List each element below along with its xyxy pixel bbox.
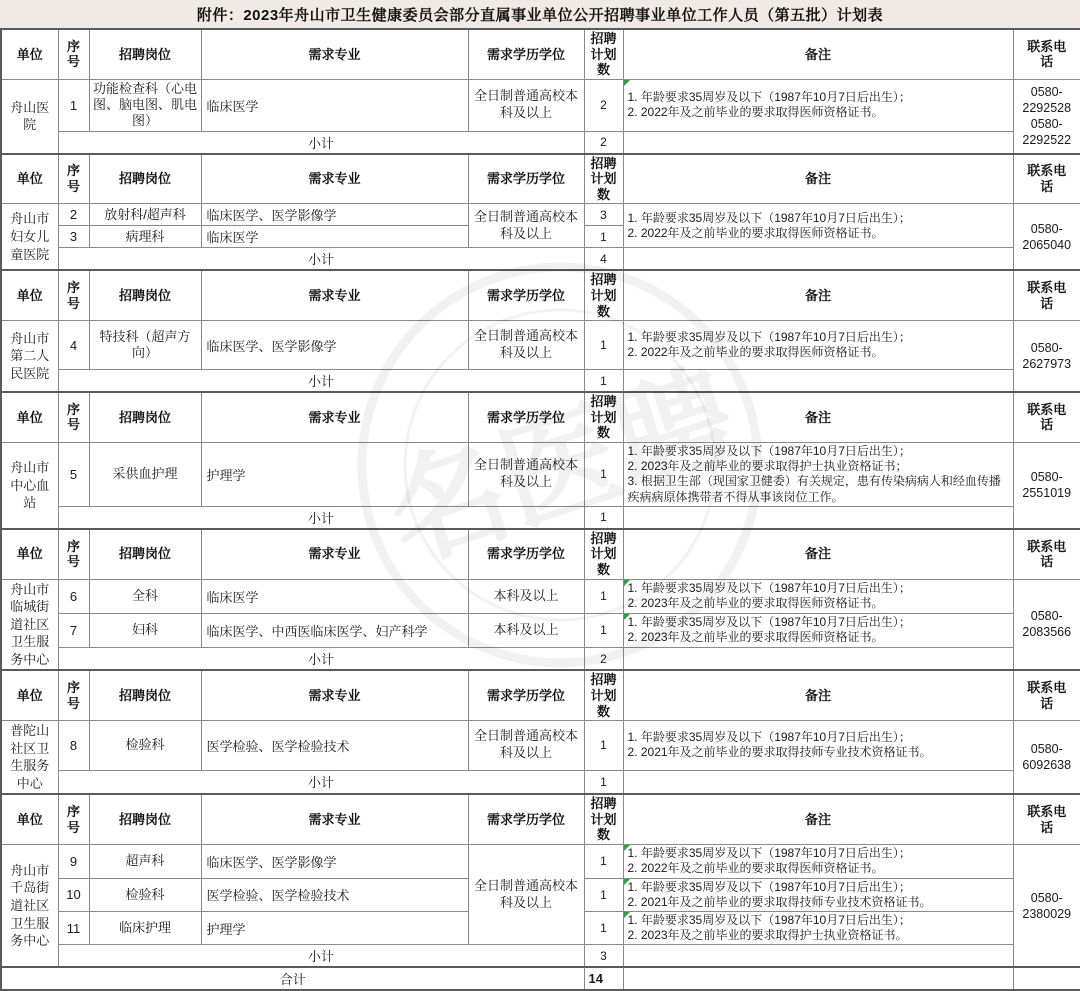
count-cell: 1 [584, 878, 623, 911]
unit-cell: 舟山市中心血站 [1, 442, 58, 528]
grand-total-row: 合计 14 [1, 967, 1080, 990]
table-row: 普陀山社区卫生服务中心 8 检验科 医学检验、医学检验技术 全日制普通高校本科及… [1, 721, 1080, 770]
subtotal-count: 1 [584, 770, 623, 794]
remark-cell: 1. 年龄要求35周岁及以下（1987年10月7日后出生）； 2. 2021年及… [623, 878, 1013, 911]
position-cell: 超声科 [89, 845, 201, 878]
col-header-degree: 需求学历学位 [468, 29, 584, 79]
col-header-position: 招聘岗位 [89, 270, 201, 320]
col-header-degree: 需求学历学位 [468, 529, 584, 579]
table-row: 舟山市临城街道社区卫生服务中心 6 全科 临床医学 本科及以上 1 1. 年龄要… [1, 579, 1080, 613]
col-header-no: 序 号 [58, 794, 89, 844]
position-cell: 妇科 [89, 613, 201, 647]
remark-cell: 1. 年龄要求35周岁及以下（1987年10月7日后出生）； 2. 2022年及… [623, 204, 1013, 248]
col-header-major: 需求专业 [201, 392, 468, 442]
col-header-remark: 备注 [623, 670, 1013, 720]
col-header-major: 需求专业 [201, 29, 468, 79]
col-header-count: 招聘 计划 数 [584, 29, 623, 79]
section-header-row: 单位 序 号 招聘岗位 需求专业 需求学历学位 招聘 计划 数 备注 联系电 话 [1, 794, 1080, 844]
remark-cell-empty [623, 370, 1013, 393]
col-header-major: 需求专业 [201, 670, 468, 720]
remark-cell-empty [623, 647, 1013, 670]
col-header-unit: 单位 [1, 270, 58, 320]
document-page: 附件：2023年舟山市卫生健康委员会部分直属事业单位公开招聘事业单位工作人员（第… [0, 0, 1080, 991]
section-header-row: 单位 序 号 招聘岗位 需求专业 需求学历学位 招聘 计划 数 备注 联系电 话 [1, 670, 1080, 720]
subtotal-label: 小计 [58, 370, 584, 393]
grand-total-label: 合计 [1, 967, 584, 990]
unit-cell: 舟山市第二人民医院 [1, 321, 58, 393]
remark-cell: 1. 年龄要求35周岁及以下（1987年10月7日后出生）； 2. 2022年及… [623, 79, 1013, 131]
col-header-no: 序 号 [58, 29, 89, 79]
degree-cell: 全日制普通高校本科及以上 [468, 442, 584, 506]
col-header-unit: 单位 [1, 794, 58, 844]
col-header-degree: 需求学历学位 [468, 794, 584, 844]
count-cell: 1 [584, 721, 623, 770]
col-header-phone: 联系电 话 [1013, 270, 1080, 320]
subtotal-row: 小计 1 [1, 506, 1080, 529]
count-cell: 1 [584, 845, 623, 878]
subtotal-row: 小计 4 [1, 248, 1080, 271]
count-cell: 1 [584, 226, 623, 248]
seq-cell: 10 [58, 878, 89, 911]
unit-cell: 舟山市千岛街道社区卫生服务中心 [1, 845, 58, 968]
col-header-phone: 联系电 话 [1013, 392, 1080, 442]
col-header-no: 序 号 [58, 270, 89, 320]
count-cell: 1 [584, 613, 623, 647]
phone-cell: 0580-2065040 [1013, 204, 1080, 271]
major-cell: 医学检验、医学检验技术 [201, 878, 468, 911]
col-header-degree: 需求学历学位 [468, 670, 584, 720]
position-cell: 检验科 [89, 878, 201, 911]
col-header-count: 招聘 计划 数 [584, 794, 623, 844]
remark-cell: 1. 年龄要求35周岁及以下（1987年10月7日后出生）； 2. 2023年及… [623, 442, 1013, 506]
remark-cell: 1. 年龄要求35周岁及以下（1987年10月7日后出生）； 2. 2023年及… [623, 912, 1013, 945]
col-header-remark: 备注 [623, 270, 1013, 320]
col-header-count: 招聘 计划 数 [584, 270, 623, 320]
col-header-no: 序 号 [58, 392, 89, 442]
remark-text: 1. 年龄要求35周岁及以下（1987年10月7日后出生）； 2. 2023年及… [628, 913, 911, 942]
col-header-major: 需求专业 [201, 794, 468, 844]
table-row: 7 妇科 临床医学、中西医临床医学、妇产科学 本科及以上 1 1. 年龄要求35… [1, 613, 1080, 647]
col-header-count: 招聘 计划 数 [584, 154, 623, 204]
subtotal-count: 3 [584, 945, 623, 968]
subtotal-label: 小计 [58, 506, 584, 529]
col-header-position: 招聘岗位 [89, 154, 201, 204]
remark-text: 1. 年龄要求35周岁及以下（1987年10月7日后出生）； 2. 2021年及… [628, 880, 932, 909]
seq-cell: 4 [58, 321, 89, 370]
seq-cell: 9 [58, 845, 89, 878]
seq-cell: 5 [58, 442, 89, 506]
remark-cell: 1. 年龄要求35周岁及以下（1987年10月7日后出生）； 2. 2022年及… [623, 845, 1013, 878]
excel-marker-icon [624, 845, 630, 851]
remark-cell-empty [623, 967, 1013, 990]
seq-cell: 2 [58, 204, 89, 226]
excel-marker-icon [624, 912, 630, 918]
position-cell: 全科 [89, 579, 201, 613]
phone-cell: 0580-6092638 [1013, 721, 1080, 795]
degree-cell: 本科及以上 [468, 613, 584, 647]
position-cell: 检验科 [89, 721, 201, 770]
count-cell: 1 [584, 912, 623, 945]
major-cell: 临床医学、中西医临床医学、妇产科学 [201, 613, 468, 647]
page-title: 附件：2023年舟山市卫生健康委员会部分直属事业单位公开招聘事业单位工作人员（第… [0, 0, 1080, 28]
subtotal-count: 2 [584, 647, 623, 670]
remark-cell: 1. 年龄要求35周岁及以下（1987年10月7日后出生）； 2. 2021年及… [623, 721, 1013, 770]
subtotal-row: 小计 1 [1, 370, 1080, 393]
section-header-row: 单位 序 号 招聘岗位 需求专业 需求学历学位 招聘 计划 数 备注 联系电 话 [1, 270, 1080, 320]
col-header-major: 需求专业 [201, 270, 468, 320]
seq-cell: 1 [58, 79, 89, 131]
degree-cell: 全日制普通高校本科及以上 [468, 79, 584, 131]
unit-cell: 舟山医院 [1, 79, 58, 153]
seq-cell: 7 [58, 613, 89, 647]
col-header-phone: 联系电 话 [1013, 154, 1080, 204]
col-header-position: 招聘岗位 [89, 794, 201, 844]
col-header-remark: 备注 [623, 794, 1013, 844]
subtotal-row: 小计 2 [1, 131, 1080, 154]
subtotal-count: 4 [584, 248, 623, 271]
unit-cell: 舟山市妇女儿童医院 [1, 204, 58, 271]
subtotal-label: 小计 [58, 647, 584, 670]
degree-cell: 全日制普通高校本科及以上 [468, 845, 584, 945]
col-header-position: 招聘岗位 [89, 392, 201, 442]
col-header-unit: 单位 [1, 392, 58, 442]
subtotal-count: 2 [584, 131, 623, 154]
position-cell: 临床护理 [89, 912, 201, 945]
phone-cell-empty [1013, 967, 1080, 990]
major-cell: 临床医学 [201, 79, 468, 131]
subtotal-row: 小计 2 [1, 647, 1080, 670]
position-cell: 功能检查科（心电图、脑电图、肌电图） [89, 79, 201, 131]
phone-cell: 0580-2627973 [1013, 321, 1080, 393]
phone-cell: 0580-2380029 [1013, 845, 1080, 968]
major-cell: 临床医学 [201, 579, 468, 613]
position-cell: 放射科/超声科 [89, 204, 201, 226]
table-row: 舟山市千岛街道社区卫生服务中心 9 超声科 临床医学、医学影像学 全日制普通高校… [1, 845, 1080, 878]
major-cell: 临床医学、医学影像学 [201, 204, 468, 226]
major-cell: 临床医学、医学影像学 [201, 845, 468, 878]
position-cell: 采供血护理 [89, 442, 201, 506]
subtotal-label: 小计 [58, 248, 584, 271]
remark-cell-empty [623, 506, 1013, 529]
phone-cell: 0580-2551019 [1013, 442, 1080, 528]
subtotal-row: 小计 3 [1, 945, 1080, 968]
remark-cell-empty [623, 248, 1013, 271]
major-cell: 护理学 [201, 442, 468, 506]
col-header-no: 序 号 [58, 670, 89, 720]
subtotal-count: 1 [584, 370, 623, 393]
remark-cell-empty [623, 770, 1013, 794]
col-header-phone: 联系电 话 [1013, 529, 1080, 579]
table-row: 舟山医院 1 功能检查科（心电图、脑电图、肌电图） 临床医学 全日制普通高校本科… [1, 79, 1080, 131]
major-cell: 护理学 [201, 912, 468, 945]
col-header-no: 序 号 [58, 154, 89, 204]
remark-text: 1. 年龄要求35周岁及以下（1987年10月7日后出生）； 2. 2023年及… [628, 615, 911, 644]
phone-cell: 0580-2083566 [1013, 579, 1080, 670]
remark-text: 1. 年龄要求35周岁及以下（1987年10月7日后出生）； 2. 2022年及… [628, 90, 911, 119]
subtotal-label: 小计 [58, 945, 584, 968]
seq-cell: 6 [58, 579, 89, 613]
excel-marker-icon [624, 80, 630, 86]
col-header-remark: 备注 [623, 392, 1013, 442]
subtotal-count: 1 [584, 506, 623, 529]
major-cell: 临床医学、医学影像学 [201, 321, 468, 370]
count-cell: 1 [584, 579, 623, 613]
remark-cell: 1. 年龄要求35周岁及以下（1987年10月7日后出生）； 2. 2022年及… [623, 321, 1013, 370]
col-header-phone: 联系电 话 [1013, 670, 1080, 720]
degree-cell: 全日制普通高校本科及以上 [468, 721, 584, 770]
seq-cell: 3 [58, 226, 89, 248]
grand-total-count: 14 [584, 967, 623, 990]
unit-cell: 舟山市临城街道社区卫生服务中心 [1, 579, 58, 670]
count-cell: 1 [584, 321, 623, 370]
col-header-major: 需求专业 [201, 529, 468, 579]
col-header-count: 招聘 计划 数 [584, 392, 623, 442]
table-row: 舟山市妇女儿童医院 2 放射科/超声科 临床医学、医学影像学 全日制普通高校本科… [1, 204, 1080, 226]
remark-text: 1. 年龄要求35周岁及以下（1987年10月7日后出生）； 2. 2022年及… [628, 846, 911, 875]
col-header-remark: 备注 [623, 29, 1013, 79]
remark-cell: 1. 年龄要求35周岁及以下（1987年10月7日后出生）； 2. 2023年及… [623, 613, 1013, 647]
excel-marker-icon [624, 614, 630, 620]
unit-cell: 普陀山社区卫生服务中心 [1, 721, 58, 795]
col-header-unit: 单位 [1, 670, 58, 720]
col-header-phone: 联系电 话 [1013, 29, 1080, 79]
col-header-degree: 需求学历学位 [468, 154, 584, 204]
col-header-unit: 单位 [1, 529, 58, 579]
subtotal-label: 小计 [58, 770, 584, 794]
col-header-count: 招聘 计划 数 [584, 529, 623, 579]
major-cell: 临床医学 [201, 226, 468, 248]
remark-cell-empty [623, 131, 1013, 154]
col-header-position: 招聘岗位 [89, 670, 201, 720]
excel-marker-icon [624, 580, 630, 586]
excel-marker-icon [624, 879, 630, 885]
section-header-row: 单位 序 号 招聘岗位 需求专业 需求学历学位 招聘 计划 数 备注 联系电 话 [1, 154, 1080, 204]
section-header-row: 单位 序 号 招聘岗位 需求专业 需求学历学位 招聘 计划 数 备注 联系电 话 [1, 392, 1080, 442]
col-header-major: 需求专业 [201, 154, 468, 204]
recruitment-plan-table: 单位 序 号 招聘岗位 需求专业 需求学历学位 招聘 计划 数 备注 联系电 话… [0, 28, 1080, 991]
section-header-row: 单位 序 号 招聘岗位 需求专业 需求学历学位 招聘 计划 数 备注 联系电 话 [1, 529, 1080, 579]
count-cell: 2 [584, 79, 623, 131]
major-cell: 医学检验、医学检验技术 [201, 721, 468, 770]
position-cell: 特技科（超声方向） [89, 321, 201, 370]
subtotal-row: 小计 1 [1, 770, 1080, 794]
seq-cell: 11 [58, 912, 89, 945]
degree-cell: 本科及以上 [468, 579, 584, 613]
count-cell: 1 [584, 442, 623, 506]
col-header-remark: 备注 [623, 529, 1013, 579]
col-header-position: 招聘岗位 [89, 29, 201, 79]
col-header-count: 招聘 计划 数 [584, 670, 623, 720]
position-cell: 病理科 [89, 226, 201, 248]
col-header-remark: 备注 [623, 154, 1013, 204]
count-cell: 3 [584, 204, 623, 226]
col-header-unit: 单位 [1, 29, 58, 79]
col-header-degree: 需求学历学位 [468, 392, 584, 442]
degree-cell: 全日制普通高校本科及以上 [468, 321, 584, 370]
remark-cell: 1. 年龄要求35周岁及以下（1987年10月7日后出生）； 2. 2023年及… [623, 579, 1013, 613]
col-header-position: 招聘岗位 [89, 529, 201, 579]
remark-text: 1. 年龄要求35周岁及以下（1987年10月7日后出生）； 2. 2023年及… [628, 581, 911, 610]
col-header-phone: 联系电 话 [1013, 794, 1080, 844]
col-header-unit: 单位 [1, 154, 58, 204]
degree-cell: 全日制普通高校本科及以上 [468, 204, 584, 248]
seq-cell: 8 [58, 721, 89, 770]
phone-cell: 0580-2292528 0580-2292522 [1013, 79, 1080, 153]
subtotal-label: 小计 [58, 131, 584, 154]
col-header-degree: 需求学历学位 [468, 270, 584, 320]
col-header-no: 序 号 [58, 529, 89, 579]
table-row: 舟山市中心血站 5 采供血护理 护理学 全日制普通高校本科及以上 1 1. 年龄… [1, 442, 1080, 506]
remark-cell-empty [623, 945, 1013, 968]
table-row: 舟山市第二人民医院 4 特技科（超声方向） 临床医学、医学影像学 全日制普通高校… [1, 321, 1080, 370]
section-header-row: 单位 序 号 招聘岗位 需求专业 需求学历学位 招聘 计划 数 备注 联系电 话 [1, 29, 1080, 79]
